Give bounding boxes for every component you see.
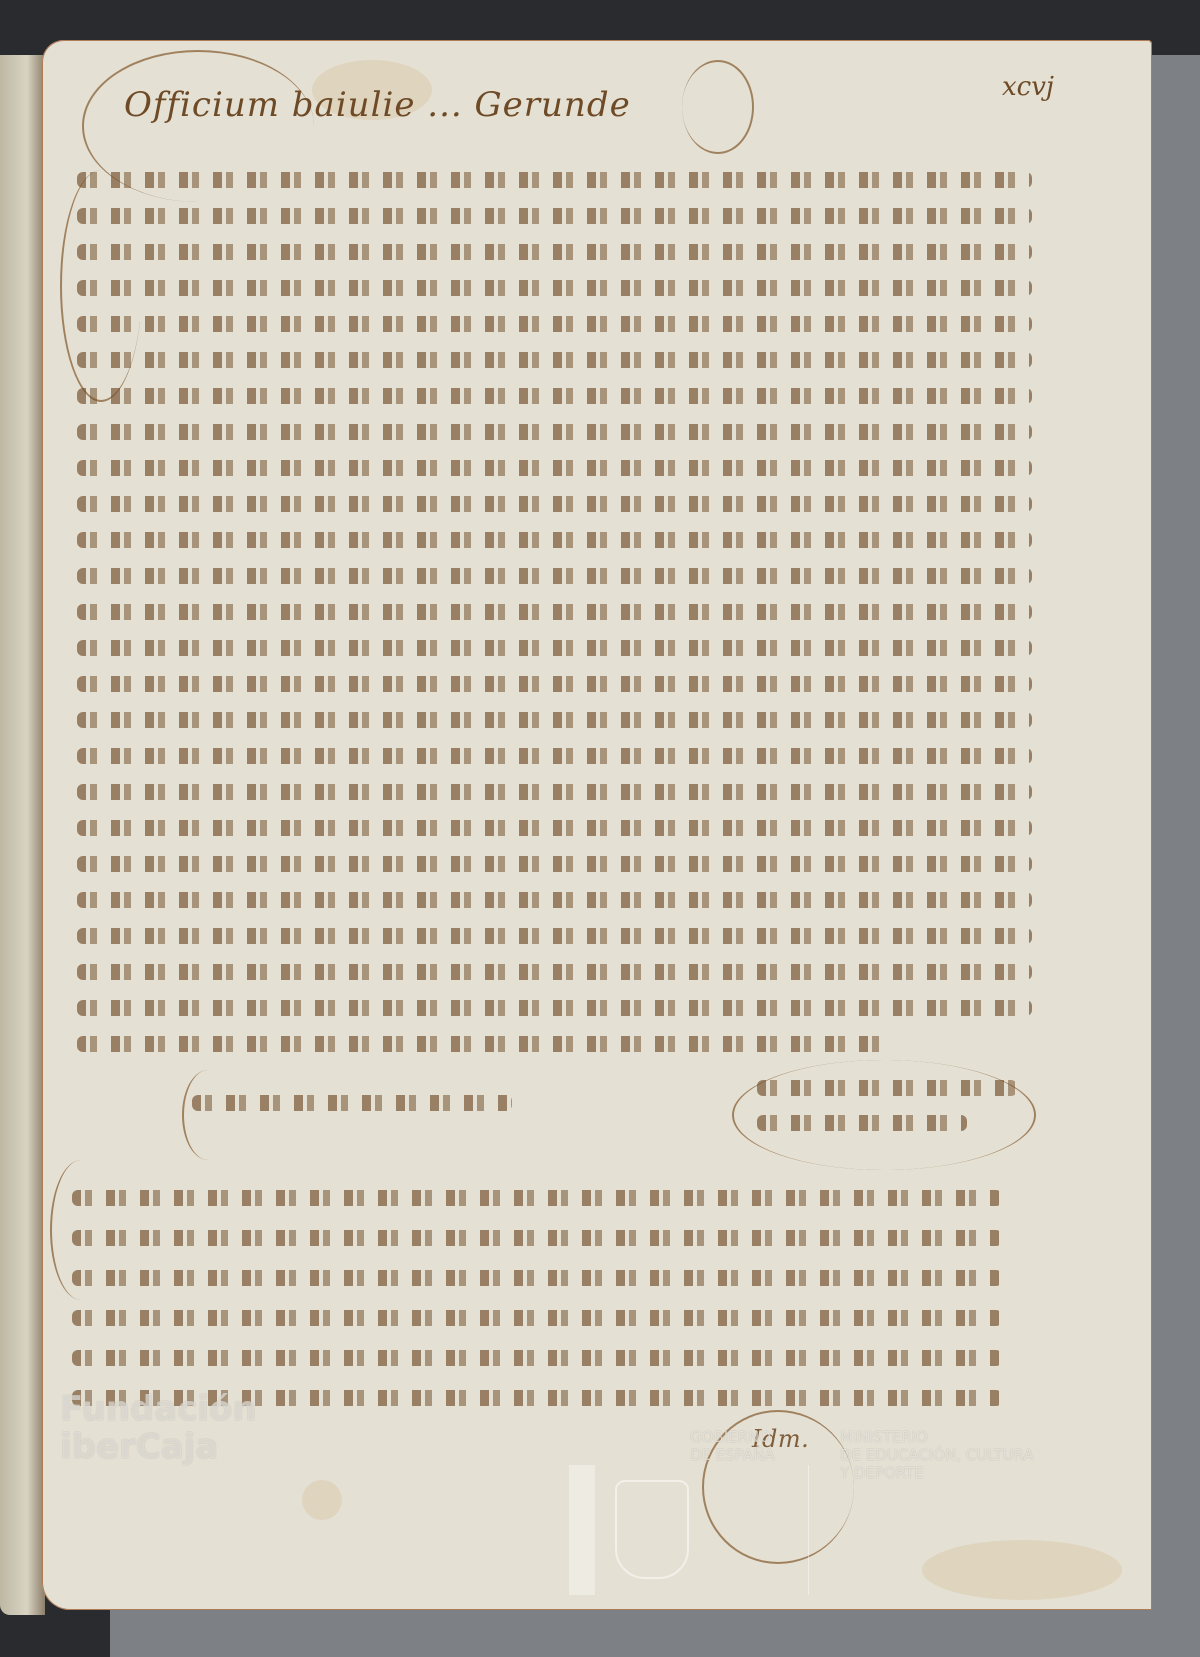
watermark-fundacion-ibercaja: Fundación iberCaja: [60, 1390, 257, 1466]
text-line: [77, 424, 1032, 440]
text-line: [72, 1350, 1002, 1366]
text-line: [77, 532, 1032, 548]
text-line: [77, 964, 1032, 980]
text-line: [77, 316, 1032, 332]
marginal-note-left: [192, 1095, 512, 1111]
watermark-line: DE EDUCACIÓN, CULTURA: [840, 1446, 1034, 1464]
text-line: [77, 712, 1032, 728]
watermark-divider: [808, 1465, 809, 1595]
text-line: [77, 460, 1032, 476]
text-line: [77, 928, 1032, 944]
heading-flourish: [682, 60, 754, 154]
folio-number: xcvj: [1002, 72, 1054, 102]
text-line: [77, 748, 1032, 764]
watermark-line: Fundación: [60, 1390, 257, 1428]
watermark-line: DE ESPAÑA: [690, 1446, 775, 1464]
text-line: [77, 604, 1032, 620]
text-line: [77, 1036, 887, 1052]
stain: [922, 1540, 1122, 1600]
marginal-note-right: [757, 1115, 967, 1131]
mat-right: [1150, 55, 1200, 1657]
stain: [302, 1480, 342, 1520]
text-line: [77, 280, 1032, 296]
text-line: [77, 784, 1032, 800]
facing-page-edge: [0, 55, 45, 1615]
text-line: [77, 640, 1032, 656]
coat-of-arms-icon: [615, 1480, 689, 1579]
manuscript-page: Officium baiulie ... Gerunde xcvj Idm.: [42, 40, 1152, 1610]
text-line: [72, 1230, 1002, 1246]
text-line: [77, 820, 1032, 836]
text-line: [77, 352, 1032, 368]
watermark-line: iberCaja: [60, 1428, 257, 1466]
note-bracket-left: [182, 1070, 234, 1160]
watermark-line: GOBIERNO: [690, 1428, 775, 1446]
watermark-line: Y DEPORTE: [840, 1464, 1034, 1482]
text-line: [77, 244, 1032, 260]
text-line: [72, 1310, 1002, 1326]
text-line: [77, 496, 1032, 512]
watermark-ministerio: MINISTERIO DE EDUCACIÓN, CULTURA Y DEPOR…: [840, 1428, 1034, 1482]
mat-bottom: [110, 1610, 1200, 1657]
text-line: [77, 172, 1032, 188]
text-line: [72, 1270, 1002, 1286]
watermark-line: MINISTERIO: [840, 1428, 1034, 1446]
marginal-note-right: [757, 1080, 1017, 1096]
text-line: [77, 388, 1032, 404]
watermark-gobierno: GOBIERNO DE ESPAÑA: [690, 1428, 775, 1464]
text-line: [77, 676, 1032, 692]
text-line: [77, 892, 1032, 908]
text-line: [72, 1190, 1002, 1206]
text-line: [77, 568, 1032, 584]
text-line: [77, 208, 1032, 224]
text-line: [77, 1000, 1032, 1016]
spain-flag-icon: [569, 1465, 595, 1595]
text-line: [77, 856, 1032, 872]
